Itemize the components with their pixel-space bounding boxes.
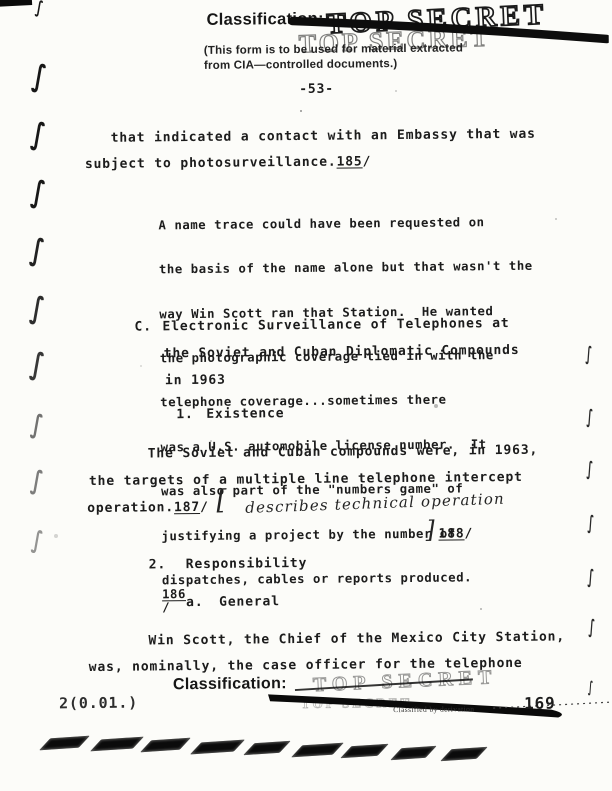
doc-ref-number: 2(0.01.) [59,694,138,714]
paragraph-line: Win Scott, the Chief of the Mexico City … [148,629,565,649]
item-number: 1. [176,407,194,423]
item-letter: a. [186,595,204,611]
footnote-slash: / [200,500,209,515]
quote-line: justifying a project by the number of [161,525,535,542]
footnote-ref-187: 187 [174,500,200,515]
footnote-ref-line: 188/ [438,526,473,543]
item-number: 2. [149,557,167,573]
paragraph-line: that indicated a contact with an Embassy… [111,127,536,147]
page-number: -53- [299,82,334,99]
stamp-ghost-text: TOP SECRET [312,666,497,696]
footnote-ref-188: 188 [438,526,464,541]
derivation-note: Classified by derivation [393,704,474,714]
item-title: Existence [206,406,284,423]
paragraph-text: operation. [87,500,174,516]
section-heading: in 1963 [165,373,226,390]
footnote-slash: / [464,526,473,541]
quote-line: the basis of the name alone but that was… [159,259,533,276]
form-note-line2: from CIA—controlled documents.) [204,59,398,72]
handwritten-open-bracket: [ [216,487,229,514]
block-quote: A name trace could have been requested o… [158,184,536,618]
footnote-ref-185: 185 [336,154,362,169]
section-heading: the Soviet and Cuban Diplomatic Compound… [164,343,520,363]
item-title: Responsibility [186,556,308,573]
paragraph-text: subject to photosurveillance. [85,155,337,172]
handwritten-close-bracket: ] [425,518,436,542]
paragraph-line: operation.187/ [87,500,209,517]
page-id-number: 169 [524,694,556,714]
footnote-slash: / [362,154,371,169]
paragraph-line: subject to photosurveillance.185/ [85,154,371,173]
section-c-label: C. [134,319,152,335]
top-secret-stamp-bottom: TOP SECRET TOP SECRET Classified by deri… [261,661,612,728]
section-heading: Electronic Surveillance of Telephones at [162,316,509,336]
quote-line: A name trace could have been requested o… [158,214,532,231]
document-page: ∫ ∫ ∫ ∫ ∫ ∫ ∫ ∫ ∫ ∫ ∫ ∫ ∫ ∫ ∫ ∫ ∫ Classi… [0,0,612,791]
item-title: General [219,594,280,611]
